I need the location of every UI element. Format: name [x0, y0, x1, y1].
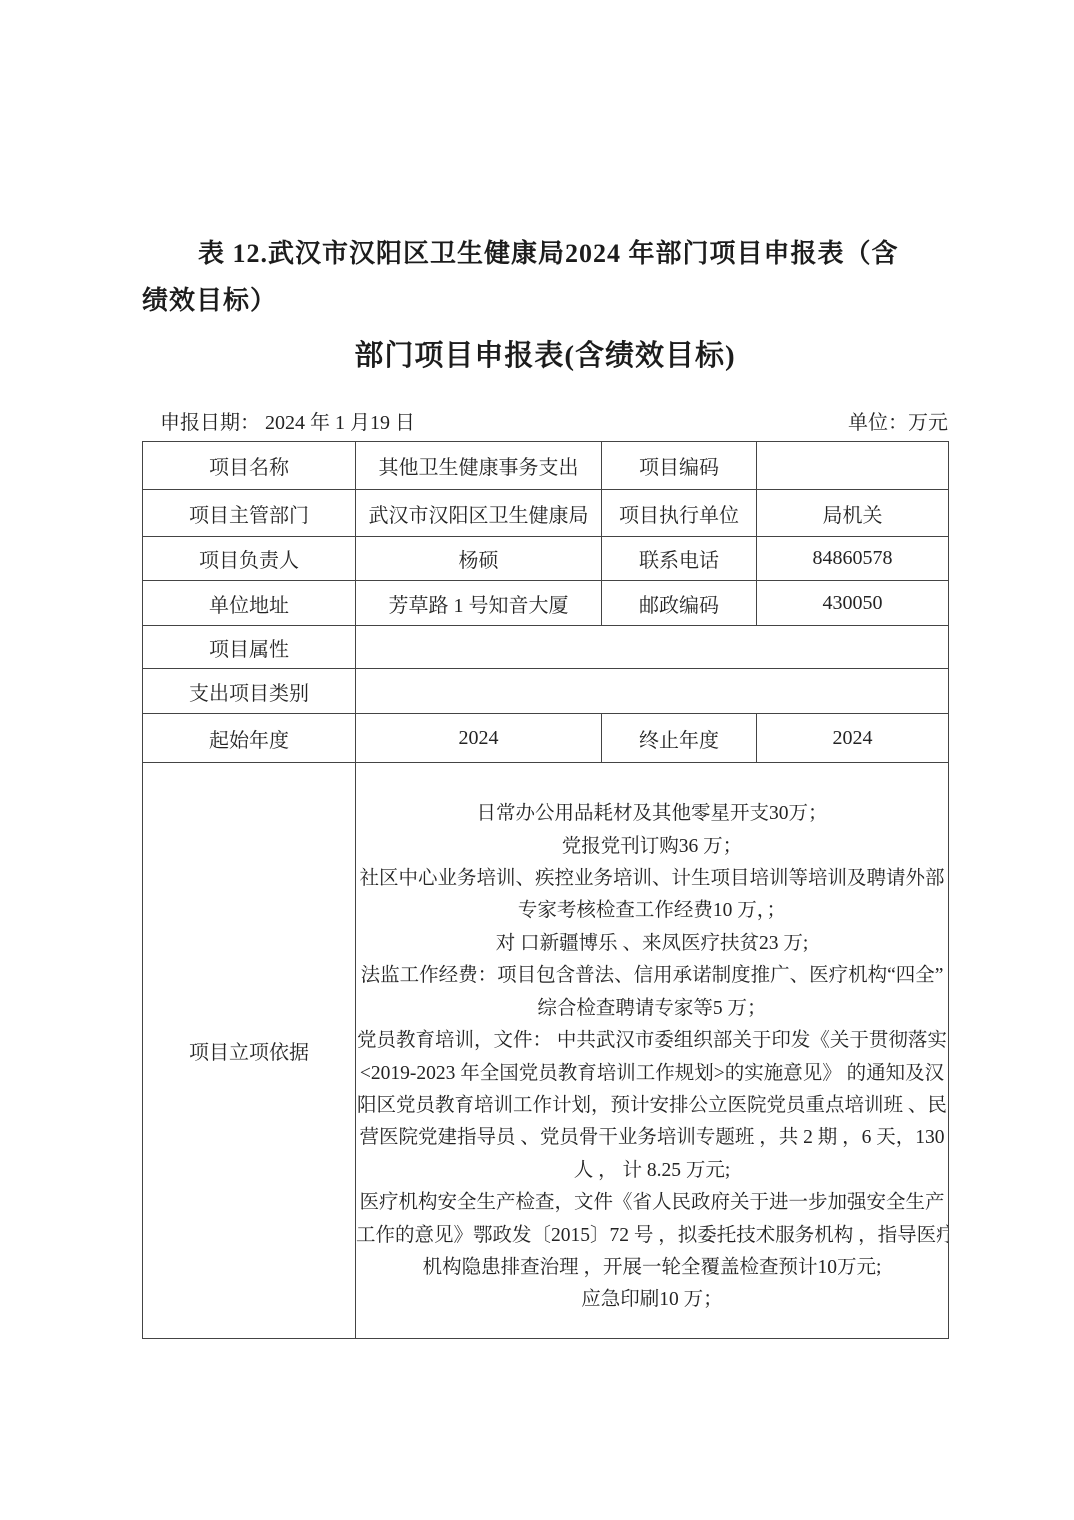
project-leader-label: 项目负责人 [143, 537, 356, 581]
document-content: 表 12.武汉市汉阳区卫生健康局2024 年部门项目申报表（含 绩效目标） 部门… [142, 0, 948, 1339]
basis-line: 机构隐患排查治理 ，开展一轮全覆盖检查预计10万元; [356, 1252, 948, 1284]
basis-line: 社区中心业务培训、疾控业务培训、计生项目培训等培训及聘请外部 [356, 863, 948, 895]
basis-line: 法监工作经费：项目包含普法、信用承诺制度推广、医疗机构“四全” [356, 960, 948, 992]
end-year-value: 2024 [757, 714, 949, 763]
declaration-date-value: 2024 年 1 月19 日 [265, 412, 415, 434]
postal-code-value: 430050 [757, 581, 949, 626]
project-attribute-label: 项目属性 [143, 626, 356, 669]
table-row: 项目立项依据 日常办公用品耗材及其他零星开支30万；党报党刊订购36 万；社区中… [143, 763, 949, 1339]
competent-dept-label: 项目主管部门 [143, 490, 356, 537]
document-title-line2: 绩效目标） [142, 277, 948, 324]
table-row: 支出项目类别 [143, 669, 949, 714]
application-form-table: 项目名称 其他卫生健康事务支出 项目编码 项目主管部门 武汉市汉阳区卫生健康局 … [142, 441, 949, 1339]
basis-line: 综合检查聘请专家等5 万； [356, 993, 948, 1025]
table-row: 项目主管部门 武汉市汉阳区卫生健康局 项目执行单位 局机关 [143, 490, 949, 537]
basis-line: 应急印刷10 万； [356, 1284, 948, 1316]
project-name-value: 其他卫生健康事务支出 [356, 442, 602, 490]
project-basis-lines: 日常办公用品耗材及其他零星开支30万；党报党刊订购36 万；社区中心业务培训、疾… [356, 784, 948, 1317]
basis-line: 专家考核检查工作经费10 万，； [356, 895, 948, 927]
project-basis-content: 日常办公用品耗材及其他零星开支30万；党报党刊订购36 万；社区中心业务培训、疾… [356, 763, 949, 1339]
declaration-date: 申报日期： 2024 年 1 月19 日 [142, 410, 415, 436]
contact-phone-label: 联系电话 [602, 537, 757, 581]
document-title-line1: 表 12.武汉市汉阳区卫生健康局2024 年部门项目申报表（含 [142, 230, 948, 277]
form-meta-row: 申报日期： 2024 年 1 月19 日 单位：万元 [142, 410, 948, 436]
project-basis-label: 项目立项依据 [143, 763, 356, 1339]
contact-phone-value: 84860578 [757, 537, 949, 581]
competent-dept-value: 武汉市汉阳区卫生健康局 [356, 490, 602, 537]
basis-line: <2019-2023 年全国党员教育培训工作规划>的实施意见》 的通知及汉 [356, 1058, 948, 1090]
table-row: 项目名称 其他卫生健康事务支出 项目编码 [143, 442, 949, 490]
postal-code-label: 邮政编码 [602, 581, 757, 626]
table-row: 起始年度 2024 终止年度 2024 [143, 714, 949, 763]
basis-line: 党报党刊订购36 万； [356, 831, 948, 863]
unit-note: 单位：万元 [848, 410, 948, 436]
start-year-value: 2024 [356, 714, 602, 763]
document-page: 表 12.武汉市汉阳区卫生健康局2024 年部门项目申报表（含 绩效目标） 部门… [0, 0, 1074, 1520]
executing-unit-value: 局机关 [757, 490, 949, 537]
basis-line: 党员教育培训，文件： 中共武汉市委组织部关于印发《关于贯彻落实 [356, 1025, 948, 1057]
project-leader-value: 杨硕 [356, 537, 602, 581]
form-title: 部门项目申报表(含绩效目标) [142, 336, 948, 376]
basis-line: 工作的意见》鄂政发〔2015〕72 号 ，拟委托技术服务机构 ，指导医疗 [356, 1220, 948, 1252]
unit-address-label: 单位地址 [143, 581, 356, 626]
unit-address-value: 芳草路 1 号知音大厦 [356, 581, 602, 626]
start-year-label: 起始年度 [143, 714, 356, 763]
expenditure-category-value [356, 669, 949, 714]
basis-line: 阳区党员教育培训工作计划，预计安排公立医院党员重点培训班 、民 [356, 1090, 948, 1122]
table-row: 项目属性 [143, 626, 949, 669]
table-row: 项目负责人 杨硕 联系电话 84860578 [143, 537, 949, 581]
basis-line: 对 口新疆博乐 、来凤医疗扶贫23 万; [356, 928, 948, 960]
project-name-label: 项目名称 [143, 442, 356, 490]
project-code-value [757, 442, 949, 490]
project-attribute-value [356, 626, 949, 669]
basis-line: 营医院党建指导员 、党员骨干业务培训专题班 ，共 2 期 ，6 天，130 [356, 1122, 948, 1154]
basis-line: 日常办公用品耗材及其他零星开支30万； [356, 798, 948, 830]
end-year-label: 终止年度 [602, 714, 757, 763]
project-code-label: 项目编码 [602, 442, 757, 490]
document-title: 表 12.武汉市汉阳区卫生健康局2024 年部门项目申报表（含 绩效目标） [142, 230, 948, 324]
executing-unit-label: 项目执行单位 [602, 490, 757, 537]
expenditure-category-label: 支出项目类别 [143, 669, 356, 714]
declaration-date-label: 申报日期： [160, 412, 260, 434]
basis-line: 医疗机构安全生产检查，文件《省人民政府关于进一步加强安全生产 [356, 1187, 948, 1219]
basis-line: 人 ， 计 8.25 万元; [356, 1155, 948, 1187]
table-row: 单位地址 芳草路 1 号知音大厦 邮政编码 430050 [143, 581, 949, 626]
